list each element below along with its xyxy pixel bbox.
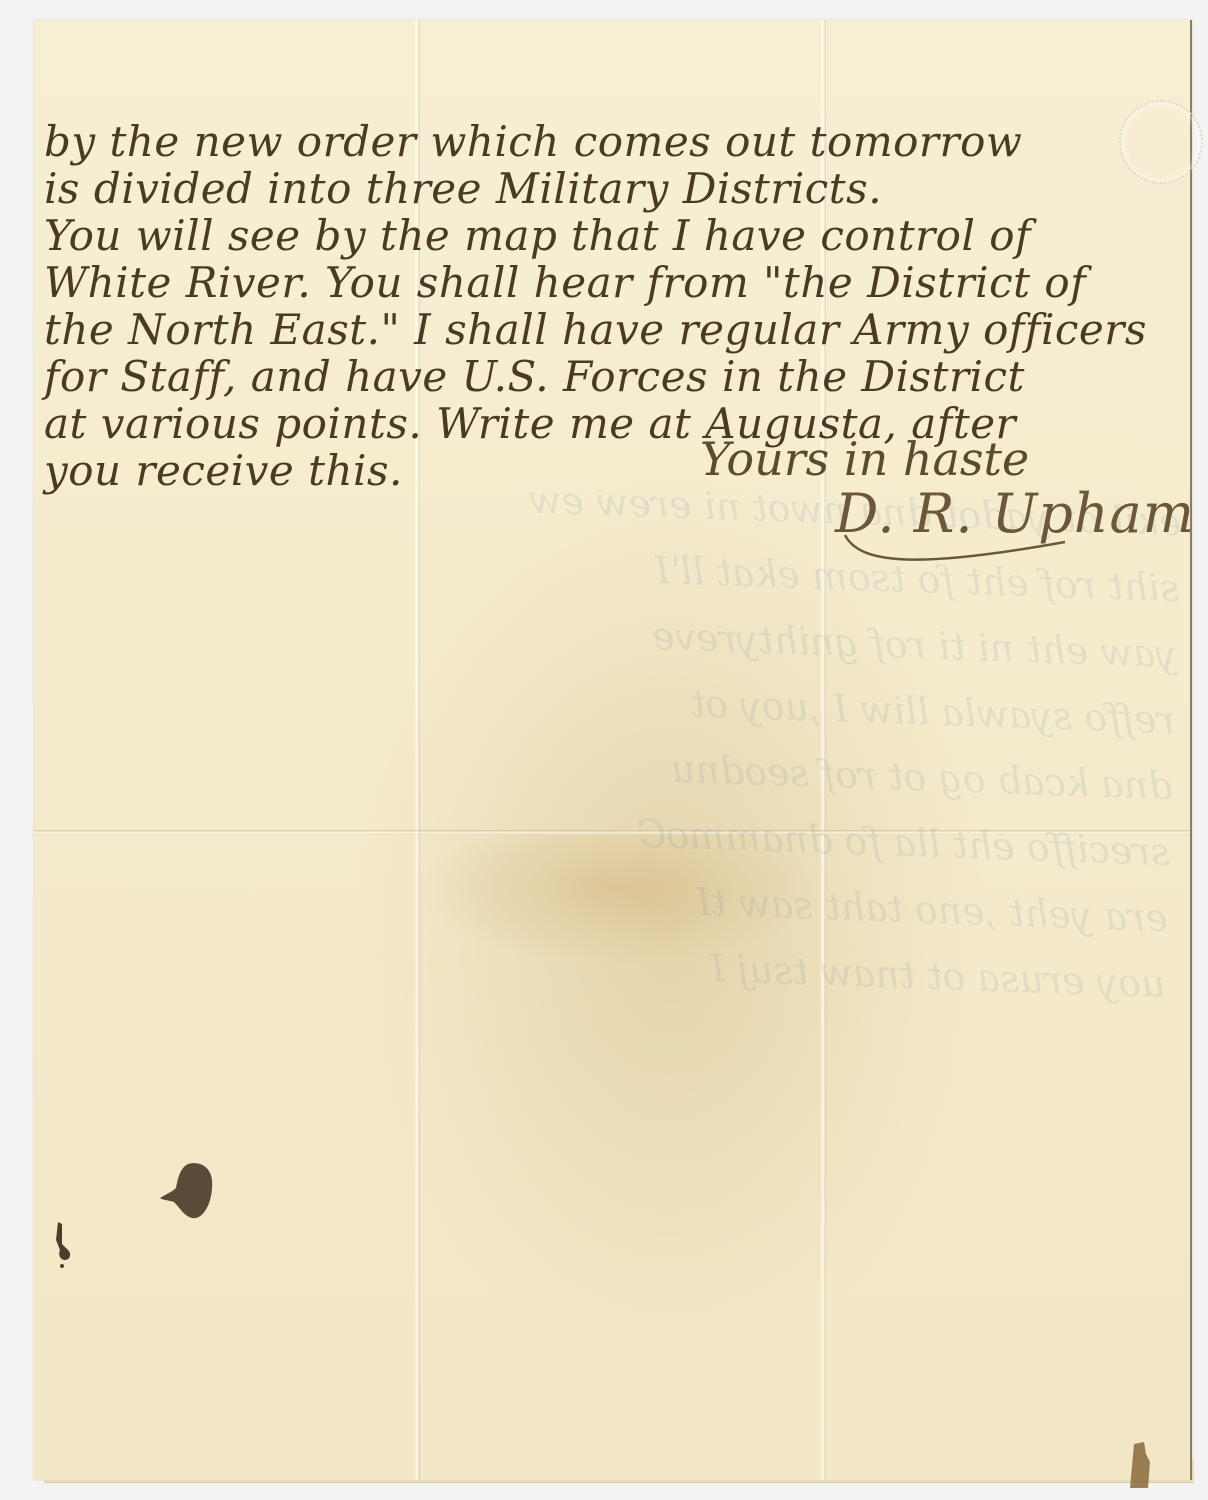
body-line: the North East." I shall have regular Ar…: [44, 306, 1174, 353]
document-scan: ekil ot yadot dna nwot ni erew ew siht r…: [0, 0, 1208, 1500]
closing-salutation: Yours in haste: [700, 432, 1029, 486]
corner-stain-icon: [1120, 1440, 1160, 1490]
ink-blot-icon: [158, 1158, 224, 1224]
ink-drip-icon: [48, 1220, 76, 1280]
body-line: You will see by the map that I have cont…: [44, 212, 1174, 259]
body-line: for Staff, and have U.S. Forces in the D…: [44, 353, 1174, 400]
body-line: is divided into three Military Districts…: [44, 165, 1174, 212]
water-stain: [414, 835, 824, 965]
body-line: by the new order which comes out tomorro…: [44, 118, 1174, 165]
signature-flourish-icon: [840, 530, 1070, 570]
body-line: White River. You shall hear from "the Di…: [44, 259, 1174, 306]
